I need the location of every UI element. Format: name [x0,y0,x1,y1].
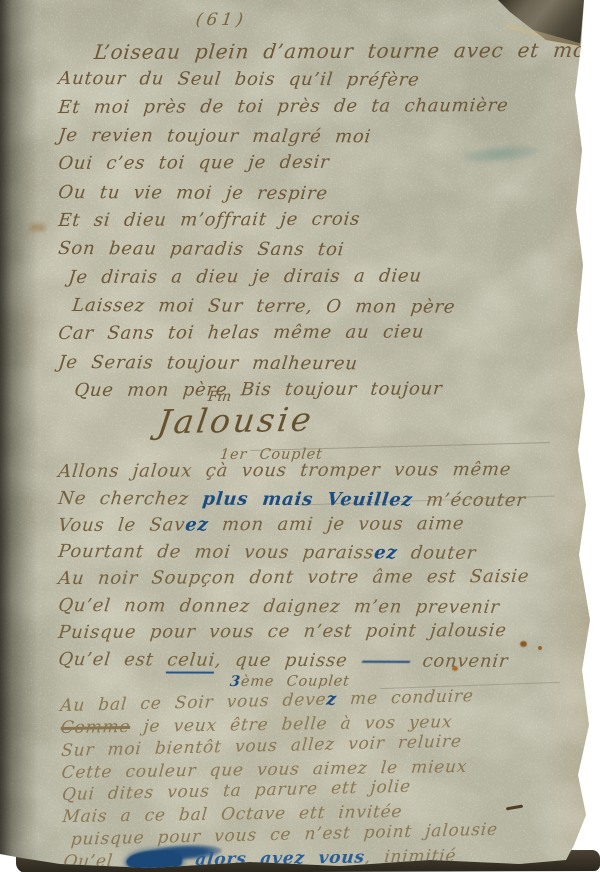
text-segment: m’écouter [412,489,527,510]
manuscript-page: (61) L’oiseau plein d’amour tourne avec … [0,0,600,872]
correction-segment: ez [373,543,399,564]
correction-segment: plus mais Veuillez [201,488,414,510]
text-segment: Et si dieu m’offrait je crois [57,209,361,231]
manuscript-line: Vous le Savez mon ami je vous aime [57,513,531,542]
text-segment: Qu’el nom donnez daignez m’en prevenir [57,595,501,618]
manuscript-line: 3ème Couplet [229,672,350,690]
text-segment: Oui c’es toi que je desir [57,152,330,174]
text-segment: Vous le Sav [57,514,186,536]
manuscript-line: Je dirais a dieu je dirais a dieu [67,264,595,295]
correction-segment: Comme [60,717,131,738]
text-segment: Au noir Soupçon dont votre âme est Saisi… [57,566,530,589]
text-segment: me conduire [336,686,474,709]
manuscript-scan: (61) L’oiseau plein d’amour tourne avec … [0,0,600,872]
text-segment: ème Couplet [240,673,350,689]
correction-segment: ——— [360,650,410,671]
correction-segment: celui [166,649,216,673]
text-segment: Ne cherchez [57,488,203,510]
text-segment: Je dirais a dieu je dirais a dieu [67,265,423,288]
correction-segment: ez [184,514,209,535]
manuscript-line: Oui c’es toi que je desir [57,151,595,182]
text-segment: Que mon père Bis toujour toujour [73,379,443,402]
manuscript-line: Et moi près de toi près de ta chaumière [57,94,595,125]
text-segment: , que puisse [214,649,362,671]
text-segment: Laissez moi Sur terre, O mon père [71,295,456,318]
subtitle-third-couplet: 3ème Couplet [230,673,350,690]
text-segment: Puisque pour vous ce n’est point jalousi… [57,620,508,643]
manuscript-text: L’oiseau plein d’amour tourne avec et mo… [0,0,600,872]
text-segment: L’oiseau plein d’amour tourne avec et mo… [93,38,594,64]
text-segment: Je Serais toujour malheureu [57,352,359,374]
text-segment: Qu’el est [57,649,168,670]
text-segment: Car Sans toi helas même au cieu [57,322,425,345]
text-segment: Son beau paradis Sans toi [57,238,345,260]
text-segment: Autour du Seul bois qu’il préfère [57,68,421,91]
manuscript-line: Allons jaloux çà vous tromper vous même [57,459,531,488]
manuscript-line: Puisque pour vous ce n’est point jalousi… [57,620,531,649]
text-segment: Ou tu vie moi je respire [57,182,329,204]
text-segment: Et moi près de toi près de ta chaumière [57,95,509,118]
text-segment: convenir [408,650,509,671]
manuscript-line: L’oiseau plein d’amour tourne avec et mo… [93,38,595,69]
couplet-three: Au bal ce Soir vous devez me conduireCom… [60,688,498,872]
text-segment: Au bal ce Soir vous deve [59,690,327,716]
opening-poem: L’oiseau plein d’amour tourne avec et mo… [58,40,593,408]
manuscript-line: Et si dieu m’offrait je crois [57,208,595,239]
title-jalousie: Jalousie [155,400,317,442]
text-segment: Pourtant de moi vous paraiss [57,541,375,563]
text-segment: mon ami je vous aime [207,513,465,535]
manuscript-line: Car Sans toi helas même au cieu [57,321,595,352]
manuscript-line: Que mon père Bis toujour toujour [73,378,595,409]
couplet-one: Allons jaloux çà vous tromper vous mêmeN… [58,461,529,675]
manuscript-line: Au noir Soupçon dont votre âme est Saisi… [57,566,531,595]
text-segment: Je revien toujour malgré moi [57,125,372,147]
text-segment: Allons jaloux çà vous tromper vous même [57,459,512,482]
text-segment: douter [396,543,477,564]
